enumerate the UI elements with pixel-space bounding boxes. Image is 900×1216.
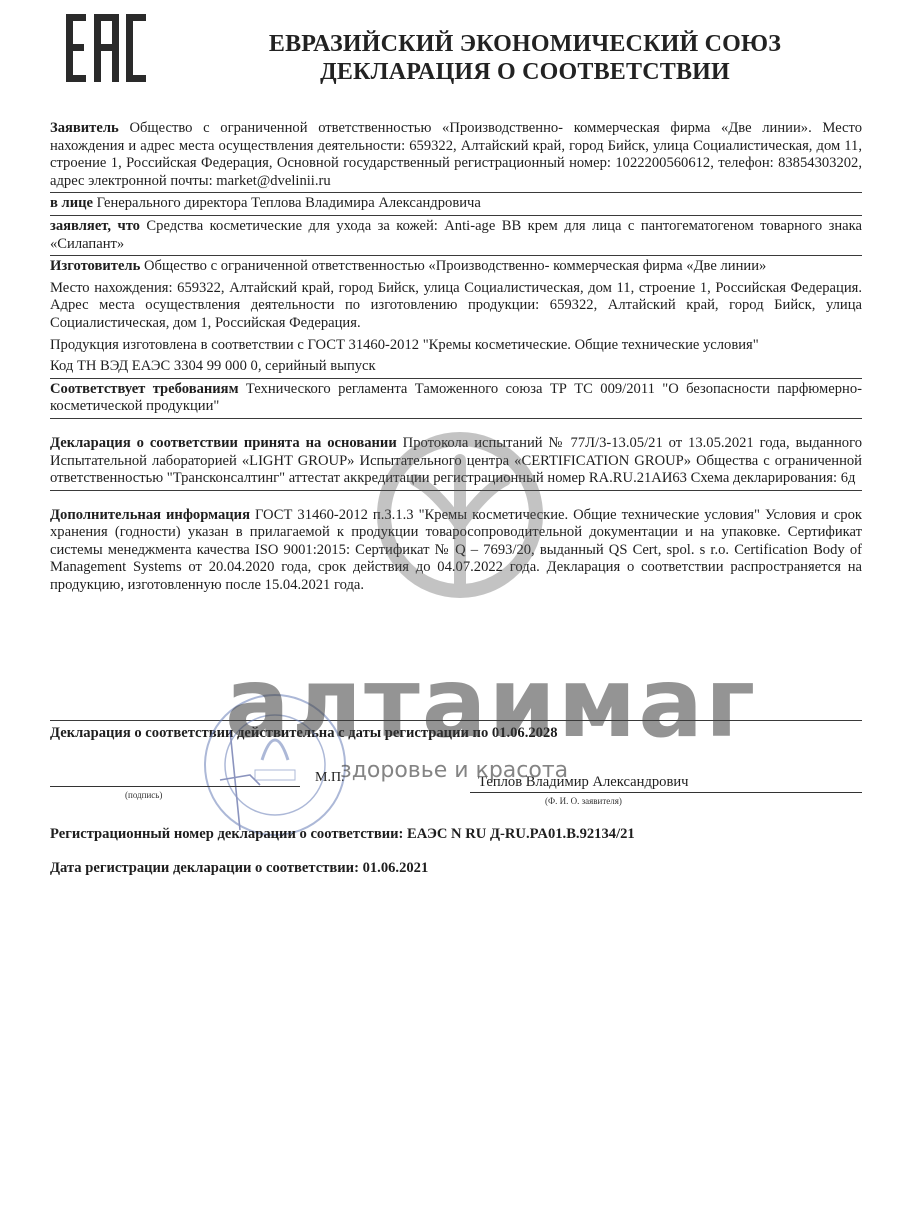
applicant-label: Заявитель <box>50 120 119 136</box>
manufacturer-text: Общество с ограниченной ответственностью… <box>140 258 766 274</box>
registration-date: Дата регистрации декларации о соответств… <box>50 860 428 877</box>
signature-line <box>50 786 300 787</box>
manufacturer-section: Изготовитель Общество с ограниченной отв… <box>50 256 862 278</box>
applicant-text: Общество с ограниченной ответственностью… <box>50 120 862 189</box>
name-caption: (Ф. И. О. заявителя) <box>545 796 622 806</box>
signature-caption: (подпись) <box>125 790 162 800</box>
compliance-label: Соответствует требованиям <box>50 381 239 397</box>
additional-info-label: Дополнительная информация <box>50 507 250 523</box>
header-union-title: ЕВРАЗИЙСКИЙ ЭКОНОМИЧЕСКИЙ СОЮЗ <box>200 30 850 58</box>
manufacturer-address: Место нахождения: 659322, Алтайский край… <box>50 278 862 335</box>
name-line <box>470 792 862 793</box>
basis-label: Декларация о соответствии принята на осн… <box>50 435 397 451</box>
declares-section: заявляет, что Средства косметические для… <box>50 216 862 256</box>
header-declaration-title: ДЕКЛАРАЦИЯ О СООТВЕТСТВИИ <box>200 58 850 86</box>
leaf-circle-logo-icon <box>375 430 545 600</box>
declares-label: заявляет, что <box>50 218 140 234</box>
watermark-tagline: здоровье и красота <box>340 758 568 783</box>
manufacturer-code: Код ТН ВЭД ЕАЭС 3304 99 000 0, серийный … <box>50 356 862 379</box>
watermark-brand: алтаимаг <box>225 655 757 751</box>
eac-mark-icon <box>64 12 148 84</box>
manufacturer-label: Изготовитель <box>50 258 140 274</box>
manufacturer-standard: Продукция изготовлена в соответствии с Г… <box>50 335 862 357</box>
applicant-section: Заявитель Общество с ограниченной ответс… <box>50 118 862 193</box>
declares-text: Средства косметические для ухода за коже… <box>50 218 862 252</box>
registration-number: Регистрационный номер декларации о соотв… <box>50 826 635 843</box>
represented-by-section: в лице Генерального директора Теплова Вл… <box>50 193 862 216</box>
document-header: ЕВРАЗИЙСКИЙ ЭКОНОМИЧЕСКИЙ СОЮЗ ДЕКЛАРАЦИ… <box>200 30 850 86</box>
compliance-section: Соответствует требованиям Технического р… <box>50 379 862 419</box>
represented-by-text: Генерального директора Теплова Владимира… <box>93 195 481 211</box>
represented-by-label: в лице <box>50 195 93 211</box>
